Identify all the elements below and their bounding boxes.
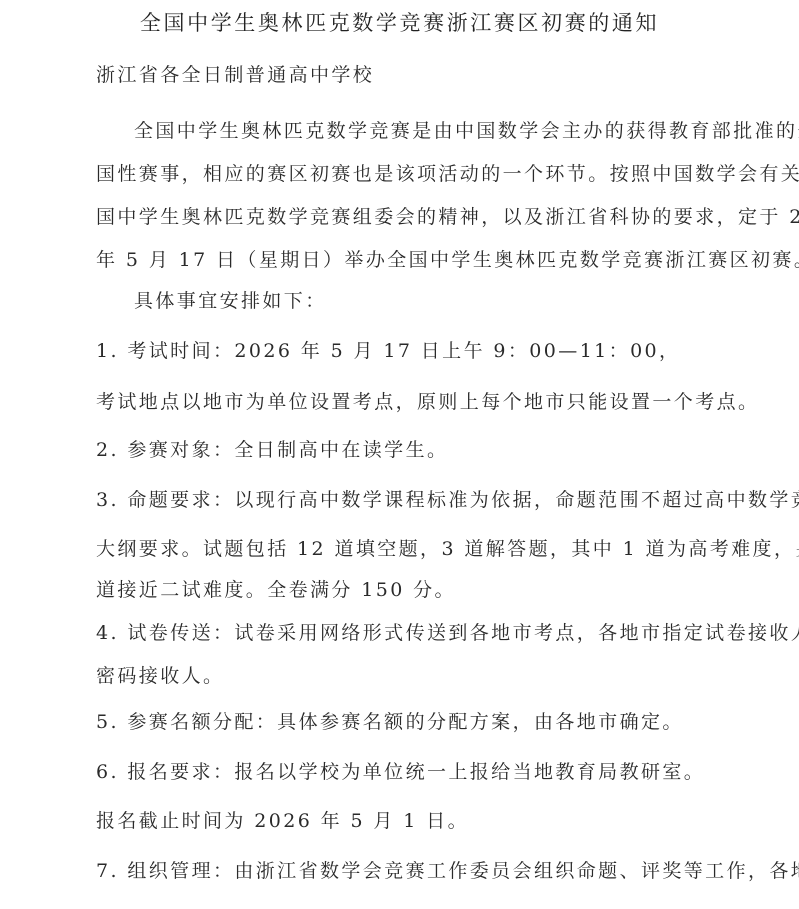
document-title: 全国中学生奥林匹克数学竞赛浙江赛区初赛的通知 <box>0 10 799 36</box>
document-page: 全国中学生奥林匹克数学竞赛浙江赛区初赛的通知 浙江省各全日制普通高中学校 全国中… <box>0 0 799 909</box>
item-7-organization: 7. 组织管理：由浙江省数学会竞赛工作委员会组织命题、评奖等工作，各地市 <box>96 859 799 883</box>
intro-line-4: 年 5 月 17 日（星期日）举办全国中学生奥林匹克数学竞赛浙江赛区初赛。 <box>96 248 799 272</box>
item-3-line-2: 大纲要求。试题包括 12 道填空题，3 道解答题，其中 1 道为高考难度，另 2 <box>96 537 799 561</box>
intro-line-1: 全国中学生奥林匹克数学竞赛是由中国数学会主办的获得教育部批准的全 <box>134 119 799 143</box>
item-1-exam-time: 1. 考试时间：2026 年 5 月 17 日上午 9：00—11：00， <box>96 339 680 363</box>
item-4-line-1: 4. 试卷传送：试卷采用网络形式传送到各地市考点，各地市指定试卷接收人和 <box>96 621 799 645</box>
addressee: 浙江省各全日制普通高中学校 <box>96 63 374 87</box>
item-5-quota: 5. 参赛名额分配：具体参赛名额的分配方案，由各地市确定。 <box>96 710 684 734</box>
arrangement-heading: 具体事宜安排如下： <box>134 289 327 313</box>
registration-deadline: 报名截止时间为 2026 年 5 月 1 日。 <box>96 809 469 833</box>
item-3-line-3: 道接近二试难度。全卷满分 150 分。 <box>96 578 456 602</box>
intro-line-3: 国中学生奥林匹克数学竞赛组委会的精神，以及浙江省科协的要求，定于 2026 <box>96 205 799 229</box>
item-4-line-2: 密码接收人。 <box>96 664 224 688</box>
item-6-registration: 6. 报名要求：报名以学校为单位统一上报给当地教育局教研室。 <box>96 760 705 784</box>
item-2-participants: 2. 参赛对象：全日制高中在读学生。 <box>96 438 448 462</box>
item-3-line-1: 3. 命题要求：以现行高中数学课程标准为依据，命题范围不超过高中数学竞赛 <box>96 488 799 512</box>
intro-line-2: 国性赛事，相应的赛区初赛也是该项活动的一个环节。按照中国数学会有关全 <box>96 162 799 186</box>
item-1-exam-location: 考试地点以地市为单位设置考点，原则上每个地市只能设置一个考点。 <box>96 390 759 414</box>
